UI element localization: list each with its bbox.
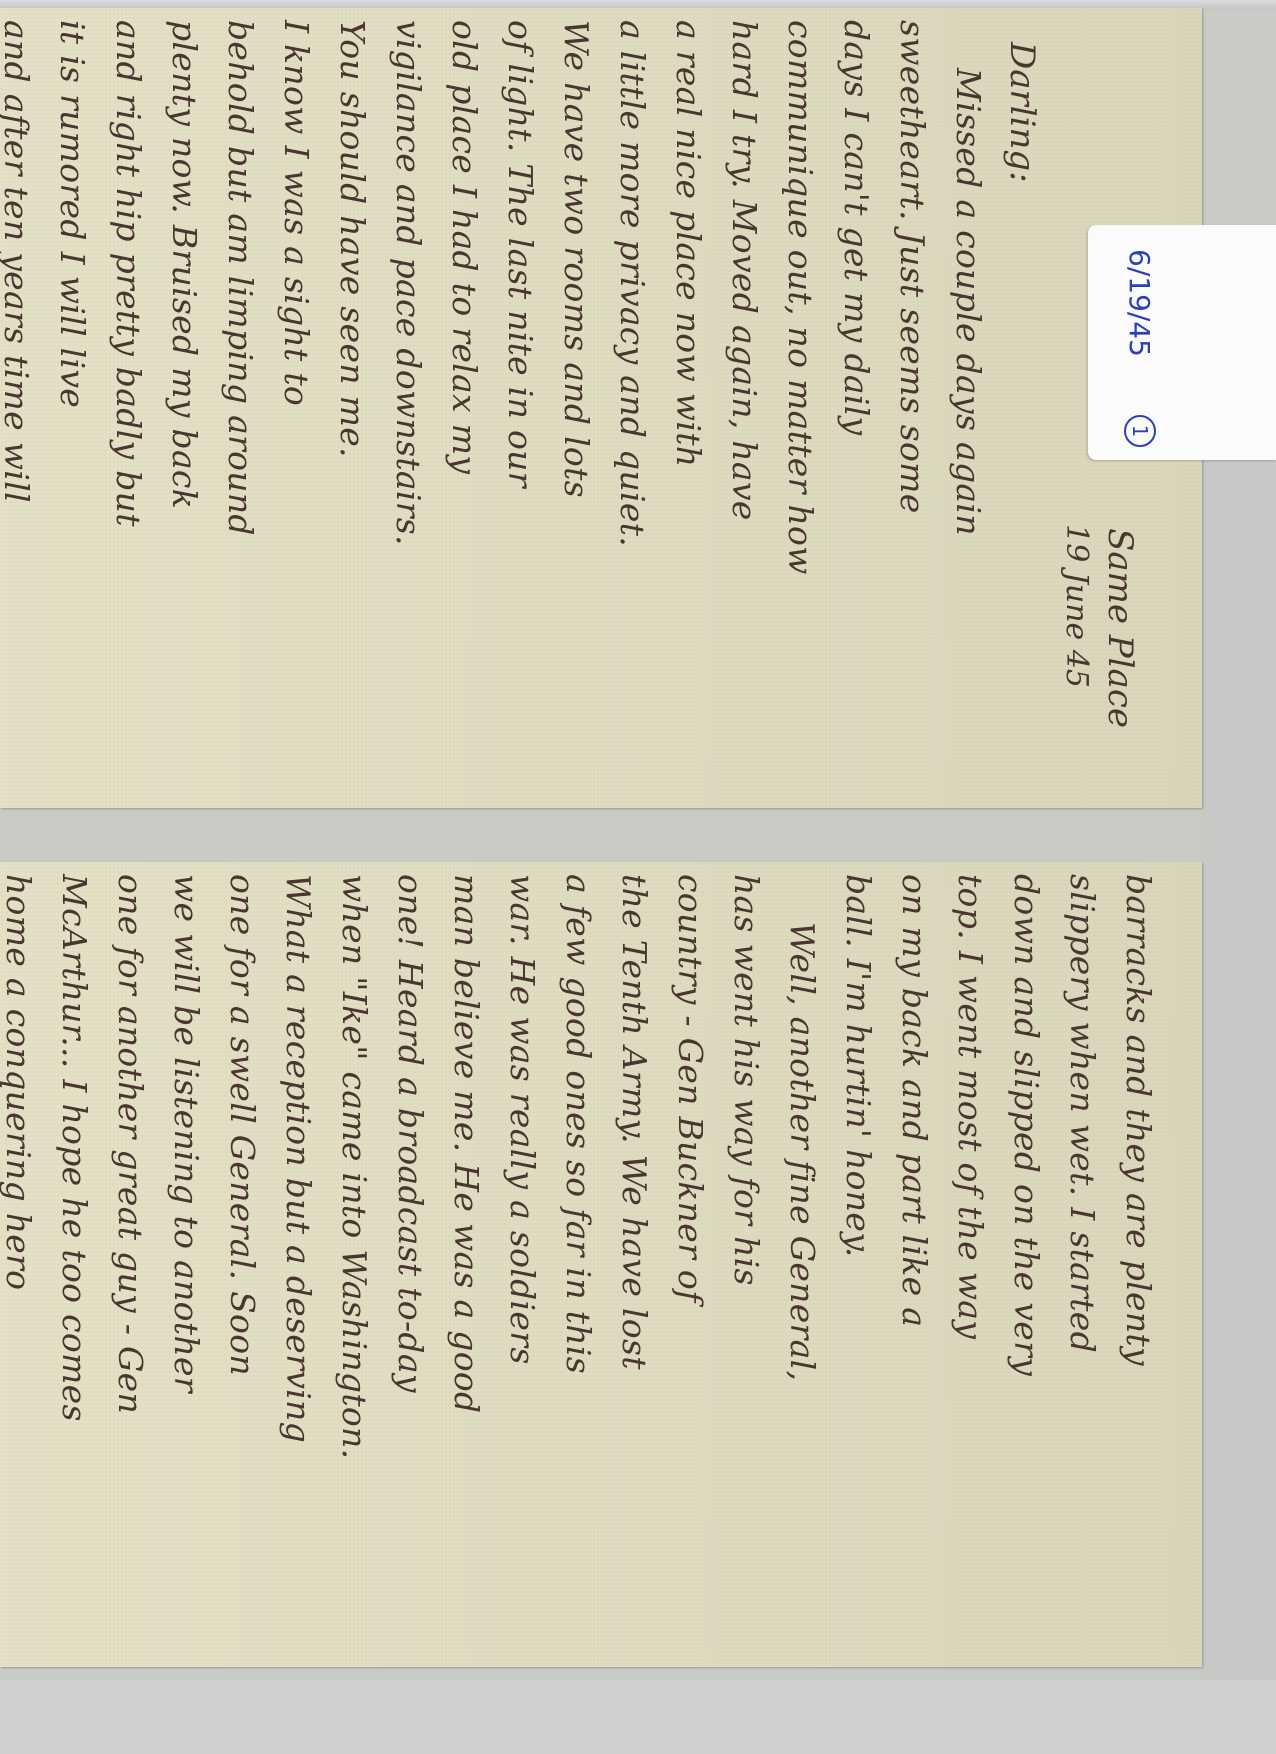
text-line: when "Ike" came into Washington. [326,862,382,1667]
text-line: vigilance and pace downstairs. [380,8,436,808]
text-line: barracks and they are plenty [1110,862,1166,1667]
text-line: one for another great guy - Gen [102,862,158,1667]
letter-page-2: barracks and they are plenty slippery wh… [0,862,1202,1667]
text-line: of light. The last nite in our [492,8,548,808]
text-line: behold but am limping around [212,8,268,808]
text-line: hard I try. Moved again, have [716,8,772,808]
text-line: plenty now. Bruised my back [156,8,212,808]
text-line: down and slipped on the very [998,862,1054,1667]
text-line: ball. I'm hurtin' honey. [830,862,886,1667]
text-line: war. He was really a soldiers [494,862,550,1667]
text-line: and after ten years time will [0,8,44,808]
archive-label-number: 1 [1124,415,1156,447]
text-line: old place I had to relax my [436,8,492,808]
text-line: has went his way for his [718,862,774,1667]
text-line: a little more privacy and quiet. [604,8,660,808]
text-line: We have two rooms and lots [548,8,604,808]
text-line: Missed a couple days again [940,8,996,808]
scanner-background-bottom [0,1680,1276,1754]
text-line: man believe me. He was a good [438,862,494,1667]
text-line: a real nice place now with [660,8,716,808]
scanner-background [1202,460,1276,1680]
text-line: it is rumored I will live [44,8,100,808]
text-line: sweetheart. Just seems some [884,8,940,808]
letter-page-1: Same Place 19 June 45 Darling: Missed a … [0,8,1202,808]
text-line: country - Gen Buckner of [662,862,718,1667]
text-line: we will be listening to another [158,862,214,1667]
text-line: one! Heard a broadcast to-day [382,862,438,1667]
text-line: top. I went most of the way [942,862,998,1667]
archive-label-content: 6/19/45 1 [1088,225,1276,460]
archive-label-tab: 6/19/45 1 [1088,225,1276,460]
text-line: communique out, no matter how [772,8,828,808]
letter-body-page-1: Missed a couple days again sweetheart. J… [0,8,1000,808]
text-line: the Tenth Army. We have lost [606,862,662,1667]
text-line: a few good ones so far in this [550,862,606,1667]
archive-label-date: 6/19/45 [1123,249,1156,357]
text-line: You should have seen me. [324,8,380,808]
salutation: Darling: [1000,8,1054,808]
letter-page-1-content: Same Place 19 June 45 Darling: Missed a … [0,8,1202,808]
text-line: days I can't get my daily [828,8,884,808]
letter-page-2-content: barracks and they are plenty slippery wh… [0,862,1202,1667]
letter-body-page-2: barracks and they are plenty slippery wh… [0,862,1202,1667]
text-line: and right hip pretty badly but [100,8,156,808]
text-line: Well, another fine General, [774,862,830,1667]
text-line: one for a swell General. Soon [214,862,270,1667]
text-line: home a conquering hero [0,862,46,1667]
text-line: What a reception but a deserving [270,862,326,1667]
text-line: McArthur... I hope he too comes [46,862,102,1667]
text-line: on my back and part like a [886,862,942,1667]
text-line: slippery when wet. I started [1054,862,1110,1667]
text-line: I know I was a sight to [268,8,324,808]
